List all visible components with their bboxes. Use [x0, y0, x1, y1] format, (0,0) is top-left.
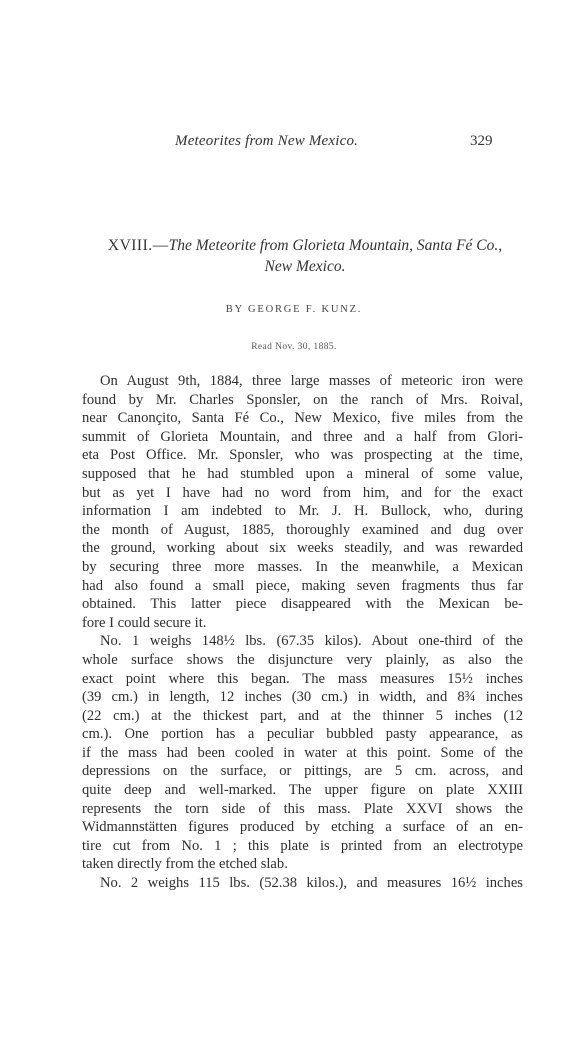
article-title: XVIII.—The Meteorite from Glorieta Mount…: [60, 235, 550, 277]
read-date: Read Nov. 30, 1885.: [0, 342, 588, 352]
text-line: information I am indebted to Mr. J. H. B…: [82, 502, 523, 521]
text-line: (22 cm.) at the thickest part, and at th…: [82, 707, 523, 726]
text-line: depressions on the surface, or pittings,…: [82, 762, 523, 781]
text-line: quite deep and well-marked. The upper fi…: [82, 781, 523, 800]
text-line: tire cut from No. 1 ; this plate is prin…: [82, 837, 523, 856]
text-line: if the mass had been cooled in water at …: [82, 744, 523, 763]
article-title-line2: New Mexico.: [265, 258, 346, 275]
text-line: obtained. This latter piece disappeared …: [82, 595, 523, 614]
article-number: XVIII.—: [108, 237, 169, 254]
text-line: supposed that he had stumbled upon a min…: [82, 465, 523, 484]
text-line: whole surface shows the disjuncture very…: [82, 651, 523, 670]
text-line: exact point where this began. The mass m…: [82, 670, 523, 689]
page-number: 329: [470, 133, 493, 150]
text-line: fore I could secure it.: [82, 614, 523, 633]
text-line: had also found a small piece, making sev…: [82, 577, 523, 596]
byline: BY GEORGE F. KUNZ.: [0, 304, 588, 315]
text-line: found by Mr. Charles Sponsler, on the ra…: [82, 391, 523, 410]
text-line: but as yet I have had no word from him, …: [82, 484, 523, 503]
article-title-line1: The Meteorite from Glorieta Mountain, Sa…: [169, 237, 503, 254]
text-line: taken directly from the etched slab.: [82, 855, 523, 874]
text-line: near Canonçito, Santa Fé Co., New Mexico…: [82, 409, 523, 428]
text-line: represents the torn side of this mass. P…: [82, 800, 523, 819]
text-line: Widmannstätten figures produced by etchi…: [82, 818, 523, 837]
running-title: Meteorites from New Mexico.: [175, 133, 358, 150]
text-line: (39 cm.) in length, 12 inches (30 cm.) i…: [82, 688, 523, 707]
text-line: eta Post Office. Mr. Sponsler, who was p…: [82, 446, 523, 465]
text-line: by securing three more masses. In the me…: [82, 558, 523, 577]
text-line: the month of August, 1885, thoroughly ex…: [82, 521, 523, 540]
text-line: summit of Glorieta Mountain, and three a…: [82, 428, 523, 447]
text-line: No. 2 weighs 115 lbs. (52.38 kilos.), an…: [82, 874, 523, 893]
text-line: the ground, working about six weeks stea…: [82, 539, 523, 558]
text-line: No. 1 weighs 148½ lbs. (67.35 kilos). Ab…: [82, 632, 523, 651]
text-line: cm.). One portion has a peculiar bubbled…: [82, 725, 523, 744]
text-line: On August 9th, 1884, three large masses …: [82, 372, 523, 391]
body-text: On August 9th, 1884, three large masses …: [82, 372, 523, 893]
running-head: Meteorites from New Mexico. 329: [0, 133, 588, 153]
